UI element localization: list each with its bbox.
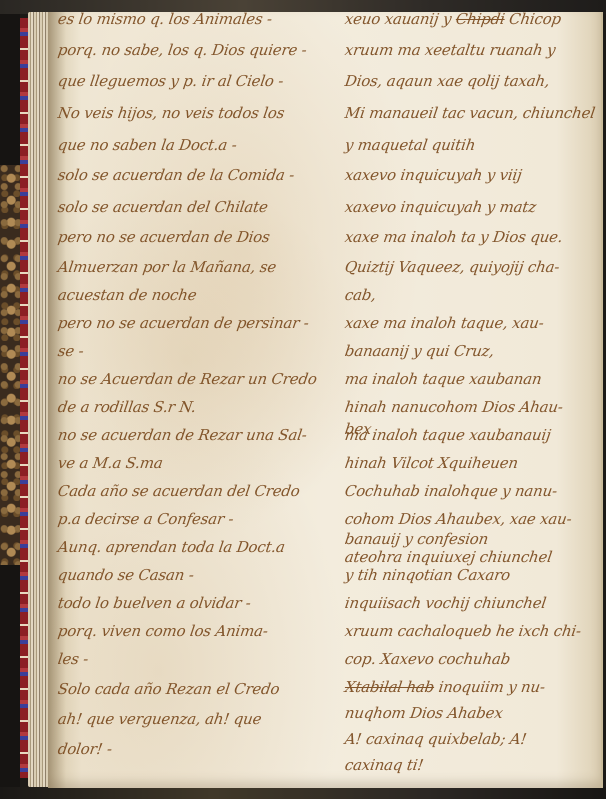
line-text: banaanij y qui Cruz, bbox=[344, 342, 496, 360]
line-text: cop. bbox=[344, 650, 382, 668]
kaqchikel-line: Xtabilal hab inoquiim y nu- bbox=[344, 678, 546, 696]
kaqchikel-line: hinah nanucohom Dios Ahau- bbox=[344, 398, 564, 416]
spanish-line: solo se acuerdan del Chilate bbox=[57, 198, 269, 216]
line-text-continued: inoquiim y nu- bbox=[433, 678, 546, 696]
kaqchikel-line: y maquetal quitih bbox=[344, 136, 477, 154]
line-text: no se Acuerdan de Rezar un Credo bbox=[57, 370, 318, 388]
line-text: dolor! - bbox=[57, 740, 113, 758]
kaqchikel-line: y tih ninqotian Caxaro bbox=[344, 566, 512, 584]
kaqchikel-line: Quiztij Vaqueez, quiyojij cha- bbox=[344, 258, 561, 276]
line-text: xruum cachaloqueb he ixch chi- bbox=[344, 622, 582, 640]
line-text-continued: Chicop bbox=[503, 10, 562, 28]
line-text: les - bbox=[57, 650, 90, 668]
line-text: porq. viven como los Anima- bbox=[57, 622, 269, 640]
line-text: ah! que verguenza, ah! que bbox=[57, 710, 263, 728]
kaqchikel-line: ateohra inquiuxej chiunchel bbox=[344, 548, 553, 566]
line-text: todo lo buelven a olvidar - bbox=[57, 594, 252, 612]
kaqchikel-line: xaxevo inquicuyah y matz bbox=[344, 198, 538, 216]
spanish-line: porq. viven como los Anima- bbox=[57, 622, 269, 640]
line-text: xruum ma xeetaltu ruanah y bbox=[344, 41, 557, 59]
spanish-line: de a rodillas S.r N. bbox=[57, 398, 197, 416]
spanish-line: Almuerzan por la Mañana, se bbox=[57, 258, 278, 276]
line-text: que no saben la Doct.a - bbox=[57, 136, 238, 154]
kaqchikel-line: banaanij y qui Cruz, bbox=[344, 342, 496, 360]
line-text-continued: Xaxevo cochuhab bbox=[379, 650, 511, 668]
line-text: Dios, aqaun xae qolij taxah, bbox=[344, 72, 551, 90]
kaqchikel-line: xaxevo inquicuyah y viij bbox=[344, 166, 523, 184]
kaqchikel-line: xaxe ma inaloh taque, xau- bbox=[344, 314, 545, 332]
line-text: solo se acuerdan del Chilate bbox=[57, 198, 269, 216]
spanish-line: quando se Casan - bbox=[57, 566, 195, 584]
spanish-line: no se Acuerdan de Rezar un Credo bbox=[57, 370, 318, 388]
spanish-line: acuestan de noche bbox=[57, 286, 198, 304]
spanish-line: pero no se acuerdan de persinar - bbox=[57, 314, 310, 332]
spanish-line: dolor! - bbox=[57, 740, 113, 758]
line-text: ateohra inquiuxej chiunchel bbox=[344, 548, 553, 566]
kaqchikel-line: ma inaloh taque xaubanan bbox=[344, 370, 543, 388]
kaqchikel-line: inquiisach vochij chiunchel bbox=[344, 594, 548, 612]
line-text: y maquetal quitih bbox=[344, 136, 477, 154]
line-text: Almuerzan por la Mañana, se bbox=[57, 258, 278, 276]
spanish-line: que no saben la Doct.a - bbox=[57, 136, 238, 154]
line-text: caxinaq ti! bbox=[344, 756, 425, 774]
line-text: de a rodillas S.r N. bbox=[57, 398, 197, 416]
line-text: nuqhom Dios Ahabex bbox=[344, 704, 504, 722]
kaqchikel-line: xaxe ma inaloh ta y Dios que. bbox=[344, 228, 564, 246]
line-text: hinah nanucohom Dios Ahau- bbox=[344, 398, 564, 416]
line-text: ma inaloh taque xaubanauij bbox=[344, 426, 552, 444]
kaqchikel-line: xruum cachaloqueb he ixch chi- bbox=[344, 622, 582, 640]
line-text: se - bbox=[57, 342, 85, 360]
spanish-line: les - bbox=[57, 650, 90, 668]
spanish-line: no se acuerdan de Rezar una Sal- bbox=[57, 426, 308, 444]
spanish-line: ve a M.a S.ma bbox=[57, 454, 164, 472]
marbled-endpaper bbox=[0, 165, 20, 565]
spanish-line: porq. no sabe, los q. Dios quiere - bbox=[57, 41, 308, 59]
spanish-line: Cada año se acuerdan del Credo bbox=[57, 482, 301, 500]
spanish-line: Aunq. aprendan toda la Doct.a bbox=[57, 538, 286, 556]
kaqchikel-line: Mi manaueil tac vacun, chiunchel bbox=[344, 104, 596, 122]
line-text: xaxe ma inaloh ta y Dios que. bbox=[344, 228, 564, 246]
kaqchikel-line: cab, bbox=[344, 286, 377, 304]
spanish-line: que lleguemos y p. ir al Cielo - bbox=[57, 72, 285, 90]
line-text: ve a M.a S.ma bbox=[57, 454, 164, 472]
line-text: Cada año se acuerdan del Credo bbox=[57, 482, 301, 500]
line-text: porq. no sabe, los q. Dios quiere - bbox=[57, 41, 308, 59]
line-text: acuestan de noche bbox=[57, 286, 198, 304]
book-cover-bottom bbox=[0, 787, 606, 799]
line-text: cohom Dios Ahaubex, xae xau- bbox=[344, 510, 573, 528]
kaqchikel-line: Cochuhab inalohque y nanu- bbox=[344, 482, 559, 500]
spanish-line: ah! que verguenza, ah! que bbox=[57, 710, 263, 728]
kaqchikel-line: cohom Dios Ahaubex, xae xau- bbox=[344, 510, 573, 528]
line-text: xaxevo inquicuyah y viij bbox=[344, 166, 523, 184]
kaqchikel-line: hinah Vilcot Xquiheuen bbox=[344, 454, 519, 472]
line-text: ma inaloh taque xaubanan bbox=[344, 370, 543, 388]
page-edges bbox=[28, 12, 50, 787]
spanish-line: se - bbox=[57, 342, 85, 360]
struck-text: Chipdi bbox=[455, 10, 506, 28]
line-text: Quiztij Vaqueez, quiyojij cha- bbox=[344, 258, 561, 276]
line-text: y tih ninqotian Caxaro bbox=[344, 566, 512, 584]
line-text: p.a decirse a Confesar - bbox=[57, 510, 235, 528]
spanish-line: pero no se acuerdan de Dios bbox=[57, 228, 271, 246]
line-text: solo se acuerdan de la Comida - bbox=[57, 166, 296, 184]
kaqchikel-line: nuqhom Dios Ahabex bbox=[344, 704, 504, 722]
kaqchikel-line: banauij y confesion bbox=[344, 530, 490, 548]
line-text: es lo mismo q. los Animales - bbox=[57, 10, 274, 28]
spanish-line: es lo mismo q. los Animales - bbox=[57, 10, 274, 28]
kaqchikel-line: ma inaloh taque xaubanauij bbox=[344, 426, 552, 444]
struck-text: Xtabilal hab bbox=[344, 678, 436, 696]
line-text: xaxe ma inaloh taque, xau- bbox=[344, 314, 545, 332]
kaqchikel-line: caxinaq ti! bbox=[344, 756, 425, 774]
line-text: quando se Casan - bbox=[57, 566, 195, 584]
spanish-line: p.a decirse a Confesar - bbox=[57, 510, 235, 528]
line-text: que lleguemos y p. ir al Cielo - bbox=[57, 72, 285, 90]
line-text: pero no se acuerdan de Dios bbox=[57, 228, 271, 246]
line-text: Cochuhab inalohque y nanu- bbox=[344, 482, 559, 500]
line-text: No veis hijos, no veis todos los bbox=[57, 104, 286, 122]
kaqchikel-line: A! caxinaq quixbelab; A! bbox=[344, 730, 528, 748]
line-text: banauij y confesion bbox=[344, 530, 490, 548]
spanish-line: todo lo buelven a olvidar - bbox=[57, 594, 252, 612]
line-text: Mi manaueil tac vacun, chiunchel bbox=[344, 104, 596, 122]
spanish-line: No veis hijos, no veis todos los bbox=[57, 104, 286, 122]
kaqchikel-line: xeuo xauanij y Chipdi Chicop bbox=[344, 10, 563, 28]
line-text: xaxevo inquicuyah y matz bbox=[344, 198, 538, 216]
line-text: hinah Vilcot Xquiheuen bbox=[344, 454, 519, 472]
line-text: Solo cada año Rezan el Credo bbox=[57, 680, 281, 698]
line-text: Aunq. aprendan toda la Doct.a bbox=[57, 538, 286, 556]
line-text: pero no se acuerdan de persinar - bbox=[57, 314, 310, 332]
line-text: no se acuerdan de Rezar una Sal- bbox=[57, 426, 308, 444]
kaqchikel-line: xruum ma xeetaltu ruanah y bbox=[344, 41, 557, 59]
line-text: xeuo xauanij y bbox=[344, 10, 457, 28]
book-headband bbox=[20, 18, 28, 778]
line-text: A! caxinaq quixbelab; A! bbox=[344, 730, 528, 748]
spanish-line: solo se acuerdan de la Comida - bbox=[57, 166, 296, 184]
kaqchikel-line: cop. Xaxevo cochuhab bbox=[344, 650, 512, 668]
line-text: inquiisach vochij chiunchel bbox=[344, 594, 548, 612]
line-text: cab, bbox=[344, 286, 377, 304]
kaqchikel-line: Dios, aqaun xae qolij taxah, bbox=[344, 72, 551, 90]
spanish-line: Solo cada año Rezan el Credo bbox=[57, 680, 281, 698]
